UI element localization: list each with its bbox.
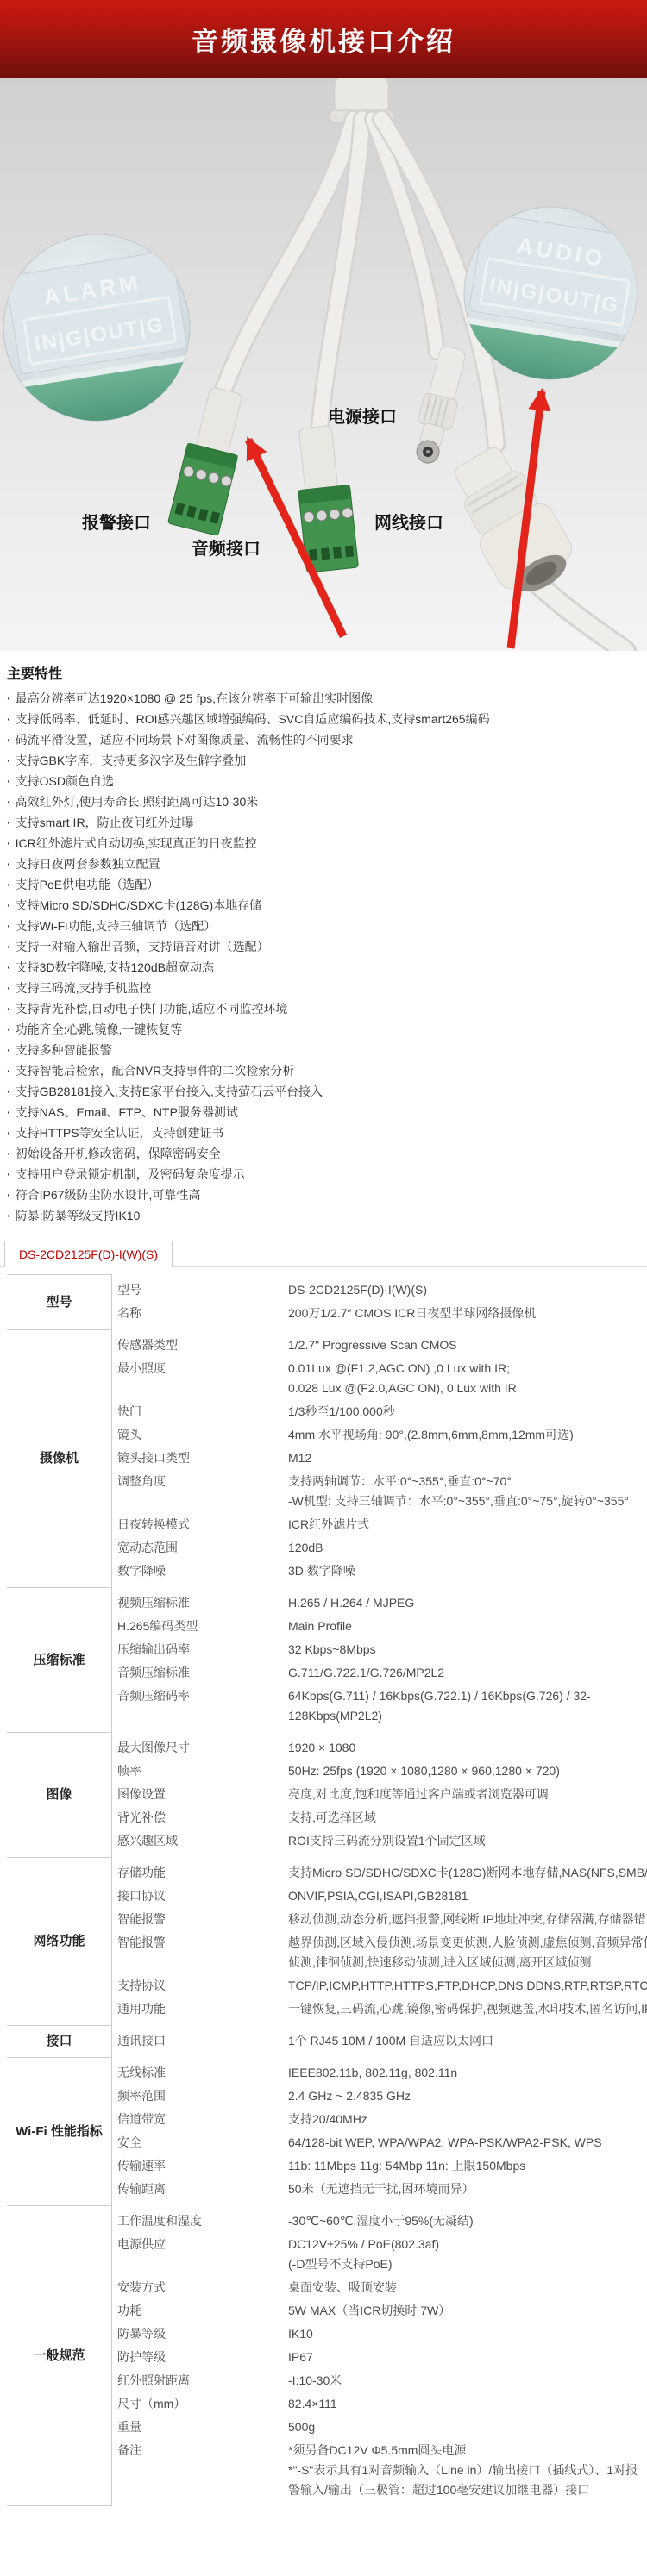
- spec-key: 工作温度和湿度: [112, 2211, 288, 2231]
- spec-key: 防暴等级: [112, 2324, 288, 2344]
- spec-row: 图像设置亮度,对比度,饱和度等通过客户端或者浏览器可调: [112, 1783, 647, 1806]
- spec-group: 图像最大图像尺寸1920 × 1080帧率50Hz: 25fps (1920 ×…: [7, 1732, 647, 1857]
- spec-value: 200万1/2.7″ CMOS ICR日夜型半球网络摄像机: [288, 1304, 647, 1323]
- spec-key: 最大图像尺寸: [112, 1738, 288, 1758]
- spec-key: 安全: [112, 2133, 288, 2153]
- spec-value: 1/2.7" Progressive Scan CMOS: [288, 1335, 647, 1355]
- spec-group-label: 型号: [7, 1274, 112, 1329]
- spec-key: 镜头: [112, 1425, 288, 1445]
- spec-group-label: 压缩标准: [7, 1587, 112, 1732]
- spec-row: 背光补偿支持,可选择区域: [112, 1806, 647, 1829]
- spec-key: 通讯接口: [112, 2031, 288, 2051]
- rj45-connector: [439, 437, 583, 605]
- model-tab-bar: DS-2CD2125F(D)-I(W)(S): [0, 1240, 647, 1267]
- features-title: 主要特性: [7, 663, 638, 683]
- spec-value: Main Profile: [288, 1616, 647, 1636]
- spec-group-rows: 传感器类型1/2.7" Progressive Scan CMOS最小照度0.0…: [112, 1329, 647, 1587]
- spec-row: 信道带宽支持20/40MHz: [112, 2108, 647, 2131]
- spec-group-label: 网络功能: [7, 1857, 112, 2025]
- alarm-connector: [167, 385, 252, 536]
- spec-value: M12: [288, 1448, 647, 1468]
- spec-row: 防暴等级IK10: [112, 2323, 647, 2346]
- spec-key: 传输速率: [112, 2156, 288, 2176]
- spec-row: H.265编码类型Main Profile: [112, 1615, 647, 1638]
- spec-key: 图像设置: [112, 1785, 288, 1804]
- spec-key: 调整角度: [112, 1472, 288, 1511]
- feature-item: 支持用户登录锁定机制，及密码复杂度提示: [7, 1164, 638, 1185]
- spec-key: 传输距离: [112, 2179, 288, 2199]
- features-section: 主要特性 最高分辨率可达1920×1080 @ 25 fps,在该分辨率下可输出…: [0, 651, 647, 1229]
- spec-key: 频率范围: [112, 2086, 288, 2106]
- feature-item: 支持HTTPS等安全认证，支持创建证书: [7, 1122, 638, 1143]
- spec-value: ROI支持三码流分别设置1个固定区域: [288, 1831, 647, 1851]
- spec-row: 最大图像尺寸1920 × 1080: [112, 1736, 647, 1760]
- feature-item: 支持Micro SD/SDHC/SDXC卡(128G)本地存储: [7, 895, 638, 916]
- spec-value: 64/128-bit WEP, WPA/WPA2, WPA-PSK/WPA2-P…: [288, 2133, 647, 2153]
- spec-group: 网络功能存储功能支持Micro SD/SDHC/SDXC卡(128G)断网本地存…: [7, 1857, 647, 2025]
- spec-row: 日夜转换模式ICR红外滤片式: [112, 1513, 647, 1536]
- feature-item: 支持3D数字降噪,支持120dB超宽动态: [7, 957, 638, 978]
- feature-item: 功能齐全:心跳,镜像,一键恢复等: [7, 1019, 638, 1040]
- spec-row: 音频压缩标准G.711/G.722.1/G.726/MP2L2: [112, 1661, 647, 1685]
- feature-item: 支持NAS、Email、FTP、NTP服务器测试: [7, 1102, 638, 1122]
- feature-item: ICR红外滤片式自动切换,实现真正的日夜监控: [7, 833, 638, 853]
- power-connector: [408, 344, 470, 467]
- feature-item: 支持smart IR，防止夜间红外过曝: [7, 812, 638, 833]
- spec-group-rows: 工作温度和湿度-30℃~60℃,湿度小于95%(无凝结)电源供应DC12V±25…: [112, 2205, 647, 2506]
- spec-key: 防护等级: [112, 2348, 288, 2367]
- feature-item: 支持Wi-Fi功能,支持三轴调节（选配）: [7, 916, 638, 936]
- spec-row: 帧率50Hz: 25fps (1920 × 1080,1280 × 960,12…: [112, 1760, 647, 1783]
- spec-row: 频率范围2.4 GHz ~ 2.4835 GHz: [112, 2085, 647, 2108]
- spec-row: 备注*须另备DC12V Φ5.5mm圆头电源 *"-S"表示具有1对音频输入（L…: [112, 2439, 647, 2502]
- spec-row: 无线标准IEEE802.11b, 802.11g, 802.11n: [112, 2061, 647, 2085]
- feature-item: 支持日夜两套参数独立配置: [7, 853, 638, 874]
- spec-row: 型号DS-2CD2125F(D)-I(W)(S): [112, 1279, 647, 1302]
- spec-row: 调整角度支持两轴调节：水平:0°~355°,垂直:0°~70° -W机型: 支持…: [112, 1470, 647, 1513]
- audio-port-label: 音频接口: [192, 538, 261, 559]
- spec-row: 快门1/3秒至1/100,000秒: [112, 1400, 647, 1423]
- spec-value: 0.01Lux @(F1.2,AGC ON) ,0 Lux with IR; 0…: [288, 1359, 647, 1398]
- spec-key: 音频压缩码率: [112, 1686, 288, 1726]
- feature-item: 初始设备开机修改密码，保障密码安全: [7, 1143, 638, 1164]
- spec-row: 名称200万1/2.7″ CMOS ICR日夜型半球网络摄像机: [112, 1302, 647, 1325]
- spec-section: DS-2CD2125F(D)-I(W)(S) 型号型号DS-2CD2125F(D…: [0, 1240, 647, 2506]
- spec-value: 50米（无遮挡无干扰,因环境而异）: [288, 2179, 647, 2199]
- spec-value: 桌面安装、吸顶安装: [288, 2278, 647, 2298]
- spec-key: 数字降噪: [112, 1561, 288, 1581]
- spec-value: 越界侦测,区域入侵侦测,场景变更侦测,人脸侦测,虚焦侦测,音频异常侦测,物品遗留…: [288, 1933, 647, 1973]
- spec-key: 支持协议: [112, 1976, 288, 1996]
- alarm-port-label: 报警接口: [82, 512, 151, 533]
- feature-item: 支持多种智能报警: [7, 1040, 638, 1060]
- spec-row: 镜头接口类型M12: [112, 1447, 647, 1470]
- spec-key: 日夜转换模式: [112, 1515, 288, 1535]
- feature-item: 码流平滑设置，适应不同场景下对图像质量、流畅性的不同要求: [7, 729, 638, 750]
- spec-row: 红外照射距离-I:10-30米: [112, 2369, 647, 2392]
- spec-row: 视频压缩标准H.265 / H.264 / MJPEG: [112, 1591, 647, 1615]
- spec-key: 接口协议: [112, 1886, 288, 1906]
- spec-row: 数字降噪3D 数字降噪: [112, 1560, 647, 1583]
- spec-value: 4mm 水平视场角: 90°,(2.8mm,6mm,8mm,12mm可选): [288, 1425, 647, 1445]
- feature-item: 支持OSD颜色自选: [7, 771, 638, 791]
- spec-value: DC12V±25% / PoE(802.3af) (-D型号不支持PoE): [288, 2235, 647, 2274]
- spec-key: 智能报警: [112, 1933, 288, 1973]
- spec-value: 支持,可选择区域: [288, 1808, 647, 1828]
- spec-key: 信道带宽: [112, 2110, 288, 2129]
- spec-key: 压缩输出码率: [112, 1640, 288, 1660]
- spec-key: 安装方式: [112, 2278, 288, 2298]
- spec-value: TCP/IP,ICMP,HTTP,HTTPS,FTP,DHCP,DNS,DDNS…: [288, 1976, 647, 1996]
- spec-key: 最小照度: [112, 1359, 288, 1398]
- spec-value: 移动侦测,动态分析,遮挡报警,网线断,IP地址冲突,存储器满,存储器错: [288, 1910, 647, 1929]
- spec-key: 名称: [112, 1304, 288, 1323]
- header-banner: 音频摄像机接口介绍: [0, 0, 647, 78]
- feature-item: 符合IP67级防尘防水设计,可靠性高: [7, 1185, 638, 1205]
- spec-group-rows: 存储功能支持Micro SD/SDHC/SDXC卡(128G)断网本地存储,NA…: [112, 1857, 647, 2025]
- spec-row: 安全64/128-bit WEP, WPA/WPA2, WPA-PSK/WPA2…: [112, 2131, 647, 2154]
- spec-value: 2.4 GHz ~ 2.4835 GHz: [288, 2086, 647, 2106]
- power-port-label: 电源接口: [328, 406, 397, 427]
- spec-key: 传感器类型: [112, 1335, 288, 1355]
- spec-value: 1920 × 1080: [288, 1738, 647, 1758]
- spec-row: 尺寸（mm）82.4×111: [112, 2392, 647, 2416]
- spec-row: 接口协议ONVIF,PSIA,CGI,ISAPI,GB28181: [112, 1885, 647, 1908]
- spec-value: ONVIF,PSIA,CGI,ISAPI,GB28181: [288, 1886, 647, 1906]
- spec-key: 红外照射距离: [112, 2371, 288, 2391]
- spec-value: -I:10-30米: [288, 2371, 647, 2391]
- spec-value: 支持20/40MHz: [288, 2110, 647, 2129]
- spec-value: IEEE802.11b, 802.11g, 802.11n: [288, 2063, 647, 2083]
- spec-key: 智能报警: [112, 1910, 288, 1929]
- spec-value: 一键恢复,三码流,心跳,镜像,密码保护,视频遮盖,水印技术,匿名访问,IP地址过…: [288, 1999, 647, 2019]
- feature-item: 防暴:防暴等级支持IK10: [7, 1205, 638, 1226]
- feature-item: 最高分辨率可达1920×1080 @ 25 fps,在该分辨率下可输出实时图像: [7, 688, 638, 709]
- spec-key: 电源供应: [112, 2235, 288, 2274]
- spec-row: 智能报警越界侦测,区域入侵侦测,场景变更侦测,人脸侦测,虚焦侦测,音频异常侦测,…: [112, 1931, 647, 1974]
- spec-value: 1个 RJ45 10M / 100M 自适应以太网口: [288, 2031, 647, 2051]
- spec-value: 亮度,对比度,饱和度等通过客户端或者浏览器可调: [288, 1785, 647, 1804]
- spec-group-label: 接口: [7, 2025, 112, 2057]
- spec-group: 摄像机传感器类型1/2.7" Progressive Scan CMOS最小照度…: [7, 1329, 647, 1587]
- spec-group-rows: 通讯接口1个 RJ45 10M / 100M 自适应以太网口: [112, 2025, 647, 2057]
- spec-row: 功耗5W MAX（当ICR切换时 7W）: [112, 2299, 647, 2323]
- spec-row: 存储功能支持Micro SD/SDHC/SDXC卡(128G)断网本地存储,NA…: [112, 1861, 647, 1885]
- spec-row: 支持协议TCP/IP,ICMP,HTTP,HTTPS,FTP,DHCP,DNS,…: [112, 1974, 647, 1998]
- spec-value: *须另备DC12V Φ5.5mm圆头电源 *"-S"表示具有1对音频输入（Lin…: [288, 2441, 647, 2500]
- spec-row: 传输距离50米（无遮挡无干扰,因环境而异）: [112, 2178, 647, 2201]
- spec-value: DS-2CD2125F(D)-I(W)(S): [288, 1280, 647, 1300]
- spec-row: 通用功能一键恢复,三码流,心跳,镜像,密码保护,视频遮盖,水印技术,匿名访问,I…: [112, 1998, 647, 2021]
- spec-row: 防护等级IP67: [112, 2346, 647, 2369]
- spec-value: 5W MAX（当ICR切换时 7W）: [288, 2301, 647, 2321]
- spec-value: 1/3秒至1/100,000秒: [288, 1402, 647, 1422]
- spec-group: 一般规范工作温度和湿度-30℃~60℃,湿度小于95%(无凝结)电源供应DC12…: [7, 2205, 647, 2506]
- feature-item: 支持智能后检索，配合NVR支持事件的二次检索分析: [7, 1060, 638, 1081]
- spec-value: 11b: 11Mbps 11g: 54Mbp 11n: 上限150Mbps: [288, 2156, 647, 2176]
- spec-group: 接口通讯接口1个 RJ45 10M / 100M 自适应以太网口: [7, 2025, 647, 2057]
- spec-key: 尺寸（mm）: [112, 2394, 288, 2414]
- spec-row: 安装方式桌面安装、吸顶安装: [112, 2276, 647, 2299]
- spec-row: 最小照度0.01Lux @(F1.2,AGC ON) ,0 Lux with I…: [112, 1357, 647, 1400]
- spec-value: 3D 数字降噪: [288, 1561, 647, 1581]
- features-list: 最高分辨率可达1920×1080 @ 25 fps,在该分辨率下可输出实时图像支…: [7, 688, 638, 1226]
- spec-group-rows: 最大图像尺寸1920 × 1080帧率50Hz: 25fps (1920 × 1…: [112, 1732, 647, 1857]
- spec-group-label: 图像: [7, 1732, 112, 1857]
- spec-row: 重量500g: [112, 2416, 647, 2439]
- feature-item: 支持GB28181接入,支持E家平台接入,支持萤石云平台接入: [7, 1081, 638, 1102]
- spec-value: 32 Kbps~8Mbps: [288, 1640, 647, 1660]
- spec-row: 感兴趣区域ROI支持三码流分别设置1个固定区域: [112, 1829, 647, 1853]
- spec-value: IP67: [288, 2348, 647, 2367]
- feature-item: 支持低码率、低延时、ROI感兴趣区域增强编码、SVC自适应编码技术,支持smar…: [7, 709, 638, 729]
- spec-key: 型号: [112, 1280, 288, 1300]
- spec-row: 压缩输出码率32 Kbps~8Mbps: [112, 1638, 647, 1661]
- spec-value: 120dB: [288, 1538, 647, 1558]
- feature-item: 支持GBK字库，支持更多汉字及生僻字叠加: [7, 750, 638, 771]
- spec-value: H.265 / H.264 / MJPEG: [288, 1593, 647, 1613]
- spec-value: 64Kbps(G.711) / 16Kbps(G.722.1) / 16Kbps…: [288, 1686, 647, 1726]
- feature-item: 支持三码流,支持手机监控: [7, 978, 638, 998]
- spec-key: 快门: [112, 1402, 288, 1422]
- spec-key: 感兴趣区域: [112, 1831, 288, 1851]
- spec-key: 宽动态范围: [112, 1538, 288, 1558]
- feature-item: 支持背光补偿,自动电子快门功能,适应不同监控环境: [7, 998, 638, 1019]
- network-port-label: 网线接口: [374, 512, 443, 533]
- spec-table: 型号型号DS-2CD2125F(D)-I(W)(S)名称200万1/2.7″ C…: [7, 1274, 647, 2506]
- spec-key: 背光补偿: [112, 1808, 288, 1828]
- product-photo: ALARM IN|G|OUT|G AUDIO IN|G|OUT|G: [0, 78, 647, 651]
- spec-group-label: 一般规范: [7, 2205, 112, 2506]
- page: 音频摄像机接口介绍: [0, 0, 647, 2576]
- spec-value: IK10: [288, 2324, 647, 2344]
- spec-value: 500g: [288, 2417, 647, 2437]
- feature-item: 支持一对输入输出音频，支持语音对讲（选配）: [7, 936, 638, 957]
- spec-key: 镜头接口类型: [112, 1448, 288, 1468]
- spec-value: 支持Micro SD/SDHC/SDXC卡(128G)断网本地存储,NAS(NF…: [288, 1863, 647, 1883]
- spec-group-rows: 型号DS-2CD2125F(D)-I(W)(S)名称200万1/2.7″ CMO…: [112, 1274, 647, 1329]
- spec-row: 音频压缩码率64Kbps(G.711) / 16Kbps(G.722.1) / …: [112, 1685, 647, 1728]
- spec-row: 通讯接口1个 RJ45 10M / 100M 自适应以太网口: [112, 2029, 647, 2053]
- camera-cables-photo: ALARM IN|G|OUT|G AUDIO IN|G|OUT|G: [0, 78, 647, 651]
- feature-item: 高效红外灯,使用寿命长,照射距离可达10-30米: [7, 791, 638, 812]
- spec-group: 型号型号DS-2CD2125F(D)-I(W)(S)名称200万1/2.7″ C…: [7, 1274, 647, 1329]
- spec-key: 功耗: [112, 2301, 288, 2321]
- spec-group-label: 摄像机: [7, 1329, 112, 1587]
- spec-key: 通用功能: [112, 1999, 288, 2019]
- spec-key: H.265编码类型: [112, 1616, 288, 1636]
- spec-key: 重量: [112, 2417, 288, 2437]
- spec-row: 工作温度和湿度-30℃~60℃,湿度小于95%(无凝结): [112, 2210, 647, 2233]
- model-tab[interactable]: DS-2CD2125F(D)-I(W)(S): [4, 1241, 173, 1267]
- spec-key: 视频压缩标准: [112, 1593, 288, 1613]
- spec-row: 传感器类型1/2.7" Progressive Scan CMOS: [112, 1334, 647, 1357]
- spec-key: 帧率: [112, 1761, 288, 1781]
- spec-row: 宽动态范围120dB: [112, 1536, 647, 1560]
- spec-key: 无线标准: [112, 2063, 288, 2083]
- spec-group: Wi-Fi 性能指标无线标准IEEE802.11b, 802.11g, 802.…: [7, 2057, 647, 2205]
- spec-key: 存储功能: [112, 1863, 288, 1883]
- spec-value: ICR红外滤片式: [288, 1515, 647, 1535]
- spec-group-rows: 无线标准IEEE802.11b, 802.11g, 802.11n频率范围2.4…: [112, 2057, 647, 2205]
- spec-row: 电源供应DC12V±25% / PoE(802.3af) (-D型号不支持PoE…: [112, 2233, 647, 2276]
- spec-group: 压缩标准视频压缩标准H.265 / H.264 / MJPEGH.265编码类型…: [7, 1587, 647, 1732]
- spec-row: 传输速率11b: 11Mbps 11g: 54Mbp 11n: 上限150Mbp…: [112, 2154, 647, 2178]
- spec-value: -30℃~60℃,湿度小于95%(无凝结): [288, 2211, 647, 2231]
- feature-item: 支持PoE供电功能（选配）: [7, 874, 638, 895]
- spec-value: 支持两轴调节：水平:0°~355°,垂直:0°~70° -W机型: 支持三轴调节…: [288, 1472, 647, 1511]
- spec-value: 50Hz: 25fps (1920 × 1080,1280 × 960,1280…: [288, 1761, 647, 1781]
- spec-value: G.711/G.722.1/G.726/MP2L2: [288, 1663, 647, 1683]
- spec-key: 音频压缩标准: [112, 1663, 288, 1683]
- page-title: 音频摄像机接口介绍: [192, 20, 455, 59]
- spec-row: 镜头4mm 水平视场角: 90°,(2.8mm,6mm,8mm,12mm可选): [112, 1423, 647, 1447]
- spec-group-label: Wi-Fi 性能指标: [7, 2057, 112, 2205]
- spec-value: 82.4×111: [288, 2394, 647, 2414]
- spec-key: 备注: [112, 2441, 288, 2500]
- spec-row: 智能报警移动侦测,动态分析,遮挡报警,网线断,IP地址冲突,存储器满,存储器错: [112, 1908, 647, 1931]
- spec-group-rows: 视频压缩标准H.265 / H.264 / MJPEGH.265编码类型Main…: [112, 1587, 647, 1732]
